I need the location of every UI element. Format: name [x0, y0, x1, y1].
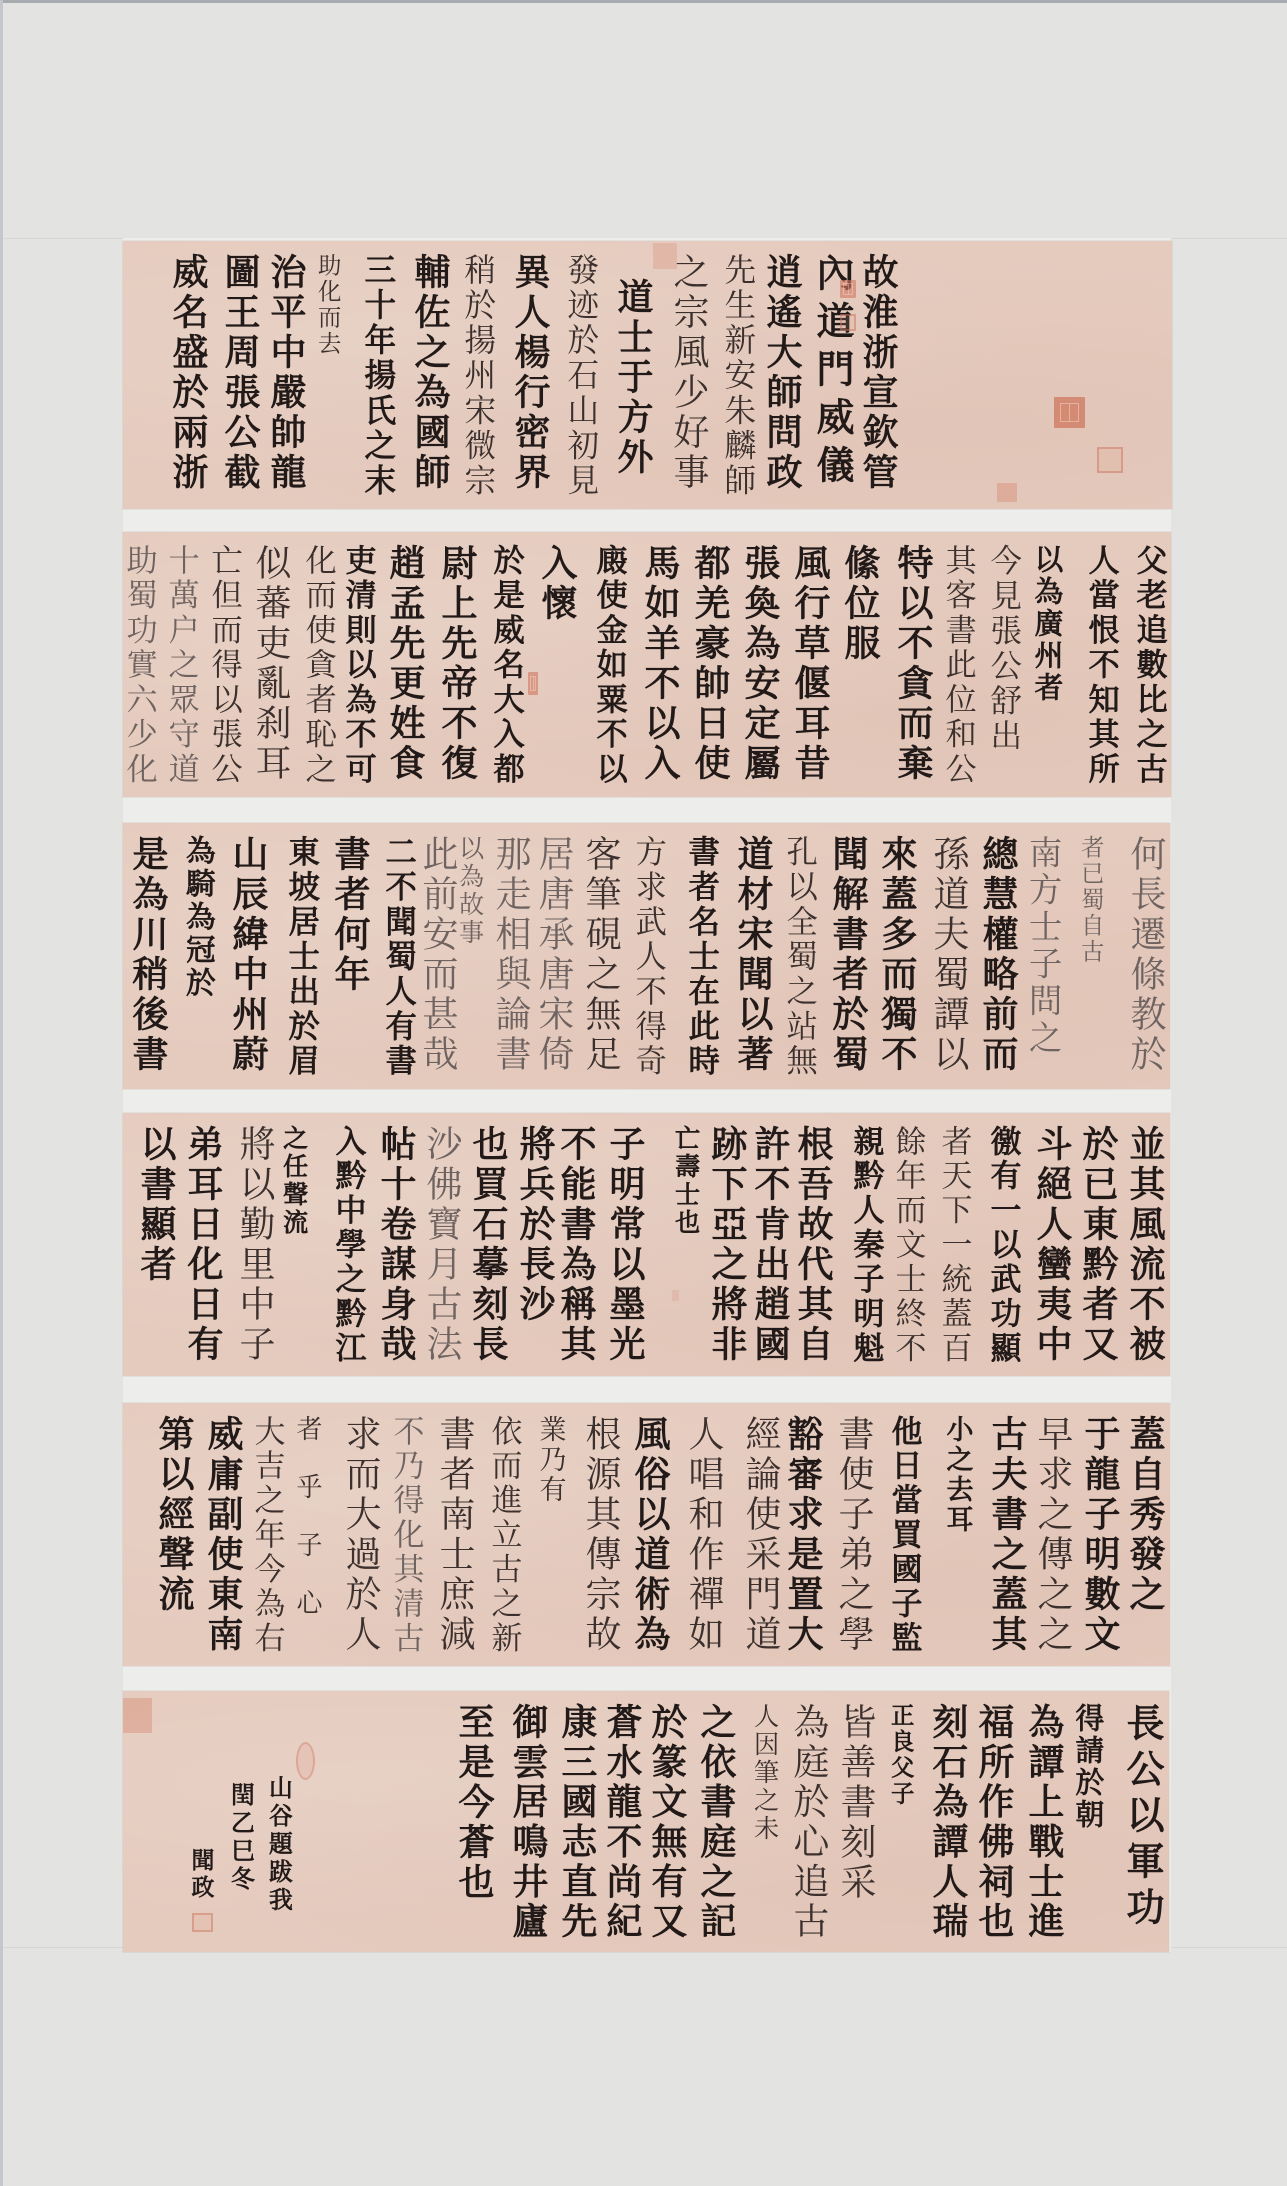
text-column: 以為廣州者 — [1033, 544, 1062, 704]
text-column: 先生新安朱麟師 — [721, 253, 753, 499]
text-column: 輔佐之為國師 — [412, 253, 448, 493]
text-column: 威庸副使東南 — [205, 1415, 241, 1655]
text-column: 蓋自秀發之 — [1127, 1415, 1163, 1615]
seal-stamp — [123, 1698, 152, 1733]
text-column: 於篆文無有又 — [648, 1703, 684, 1942]
text-column: 逍遙大師問政 — [764, 253, 800, 493]
seal-stamp-oval — [296, 1742, 315, 1780]
text-column: 化而使貪者恥之 — [301, 544, 332, 787]
text-column: 道士于方外 — [615, 278, 651, 478]
text-column: 書者南士庶減 — [436, 1415, 472, 1655]
text-column: 發迹於石山初見 — [564, 253, 596, 499]
text-column: 于龍子明數文 — [1082, 1415, 1118, 1655]
text-column: 特以不貪而棄 — [895, 544, 931, 784]
text-column: 於是威名大入都 — [489, 544, 520, 787]
calligraphy-panel-5: 蓋自秀發之于龍子明數文早求之傳之之古夫書之蓋其小之去耳他日當買國子監書使子弟之學… — [123, 1403, 1170, 1666]
text-column: 於已東黔者又 — [1080, 1125, 1116, 1365]
text-column: 小之去耳 — [944, 1415, 971, 1535]
text-column: 正良父子 — [888, 1703, 911, 1807]
text-column: 斗絕人蠻夷中 — [1034, 1125, 1070, 1365]
text-column: 十萬户之眾守道 — [164, 544, 195, 787]
calligraphy-panel-3: 何長遷條教於者已蜀自古南方士子問之總慧權略前而孫道夫蜀譚以來蓋多而獨不聞解書者於… — [123, 823, 1170, 1089]
left-edge-strip — [0, 0, 3, 2186]
text-column: 客筆硯之無足 — [582, 835, 618, 1075]
text-column: 今見張公舒出 — [987, 544, 1019, 754]
text-column: 徼有一以武功顯 — [987, 1125, 1018, 1366]
signature-column: 山谷題跋我 — [266, 1775, 290, 1915]
text-column: 趙孟先更姓食 — [387, 544, 423, 784]
signature-column: 聞政 — [189, 1848, 212, 1902]
text-column: 此前安而甚哉 — [419, 835, 455, 1075]
text-column: 何長遷條教於 — [1127, 835, 1163, 1075]
text-column: 是為川稍後書 — [130, 835, 166, 1075]
text-column: 似蕃吏亂刹耳 — [252, 544, 288, 784]
text-column: 亡壽士也 — [673, 1125, 698, 1237]
text-column: 張奐為安定屬 — [742, 544, 778, 784]
seal-stamp — [1054, 397, 1085, 428]
text-column: 蒼水龍不尚紀 — [603, 1703, 639, 1942]
text-column: 三十年揚氏之末 — [362, 253, 394, 499]
text-column: 大吉之年今為右 — [251, 1415, 282, 1656]
text-column: 依而進立古之新 — [488, 1415, 519, 1656]
text-column: 廄使金如粟不以 — [592, 544, 623, 787]
text-column: 第以經聲流 — [156, 1415, 192, 1615]
text-column: 南方士子問之 — [1026, 835, 1059, 1057]
text-column: 者天下一統蓋百 — [938, 1125, 969, 1366]
text-column: 孔以全蜀之站無 — [782, 835, 813, 1079]
text-column: 尉上先帝不復 — [439, 544, 475, 784]
text-column: 馬如羊不以入 — [642, 544, 678, 784]
text-column: 絛位服 — [842, 544, 878, 664]
text-column: 皆善書刻采 — [837, 1703, 873, 1903]
text-column: 長公以軍功 — [1123, 1703, 1161, 1933]
seal-stamp — [192, 1913, 213, 1932]
signature-column: 閏乙巳冬 — [228, 1782, 252, 1894]
calligraphy-panel-1: 故淮浙宣欽管內道門威儀逍遙大師問政先生新安朱麟師之宗風少好事道士于方外發迹於石山… — [123, 241, 1172, 509]
calligraphy-panel-6: 長公以軍功得請於朝為譚上戰士進福所作佛祠也刻石為譚人瑞正良父子皆善書刻采為庭於心… — [123, 1691, 1169, 1952]
text-column: 來蓋多而獨不 — [879, 835, 915, 1075]
text-column: 亡但而得以張公 — [207, 544, 238, 787]
calligraphy-panel-4: 並其風流不被於已東黔者又斗絕人蠻夷中徼有一以武功顯者天下一統蓋百餘年而文士終不親… — [123, 1113, 1170, 1376]
text-column: 根源其傳宗故 — [582, 1415, 618, 1655]
seal-stamp — [672, 1290, 679, 1301]
text-column: 將以勤里中子 — [236, 1125, 272, 1365]
text-column: 助蜀功實六少化 — [123, 544, 154, 787]
seal-stamp — [653, 243, 677, 269]
text-column: 為譚上戰士進 — [1025, 1703, 1061, 1942]
seal-stamp — [840, 314, 856, 331]
text-column: 異人楊行密界 — [512, 253, 548, 493]
text-column: 並其風流不被 — [1127, 1125, 1163, 1365]
text-column: 為庭於心追古 — [790, 1703, 826, 1942]
text-column: 康三國志直先 — [558, 1703, 594, 1942]
text-column: 總慧權略前而 — [980, 835, 1016, 1075]
text-column: 刻石為譚人瑞 — [929, 1703, 965, 1942]
text-column: 古夫書之蓋其 — [989, 1415, 1025, 1655]
text-column: 早求之傳之之 — [1034, 1415, 1070, 1655]
calligraphy-panel-stack: 故淮浙宣欽管內道門威儀逍遙大師問政先生新安朱麟師之宗風少好事道士于方外發迹於石山… — [0, 0, 1287, 2186]
text-column: 風行草偃耳昔 — [792, 544, 828, 784]
text-column: 聞解書者於蜀 — [830, 835, 866, 1075]
text-column: 他日當買國子監 — [888, 1415, 919, 1656]
seal-stamp — [528, 672, 538, 695]
text-column: 之任聲流 — [281, 1125, 306, 1237]
text-column: 書者何年 — [332, 835, 368, 995]
text-column: 求而大過於人 — [342, 1415, 378, 1655]
text-column: 豁審求是置大 — [785, 1415, 821, 1655]
text-column: 風俗以道術為 — [632, 1415, 668, 1655]
text-column: 故淮浙宣欽管 — [860, 253, 896, 493]
text-column: 業乃有 — [537, 1415, 564, 1505]
text-column: 不能書為稱其 — [558, 1125, 594, 1365]
text-column: 以為故事 — [457, 835, 482, 947]
text-column: 孫道夫蜀譚以 — [930, 835, 966, 1075]
text-column: 者乎子心 — [294, 1415, 320, 1647]
text-column: 方求武人不得奇 — [631, 835, 662, 1079]
mounted-calligraphy-scroll: 故淮浙宣欽管內道門威儀逍遙大師問政先生新安朱麟師之宗風少好事道士于方外發迹於石山… — [0, 0, 1287, 2186]
text-column: 以書顯者 — [138, 1125, 174, 1285]
text-column: 都羌豪帥日使 — [692, 544, 728, 784]
text-column: 入黔中學之黔江 — [332, 1125, 363, 1366]
top-edge-strip — [0, 0, 1287, 3]
text-column: 至是今蒼也 — [456, 1703, 492, 1903]
text-column: 之宗風少好事 — [670, 253, 706, 493]
text-column: 根吾故代其自 — [795, 1125, 831, 1365]
text-column: 得請於朝 — [1074, 1703, 1103, 1831]
text-column: 東坡居士出於眉 — [284, 835, 315, 1079]
text-column: 治平中嚴帥龍 — [268, 253, 304, 493]
seal-stamp — [840, 280, 856, 298]
text-column: 父老追數比之古 — [1132, 544, 1163, 787]
text-column: 親黔人秦子明魁 — [850, 1125, 881, 1366]
text-column: 餘年而文士終不 — [892, 1125, 923, 1366]
text-column: 御雲居鳴井廬 — [509, 1703, 545, 1942]
text-column: 之依書庭之記 — [697, 1703, 733, 1942]
text-column: 山辰緯中州蔚 — [230, 835, 266, 1075]
text-column: 道材宋聞以著 — [735, 835, 771, 1075]
text-column: 威名盛於兩浙 — [170, 253, 206, 493]
text-column: 助化而去 — [315, 253, 338, 357]
text-column: 子明常以墨光 — [607, 1125, 643, 1365]
text-column: 許不肯出趙國 — [752, 1125, 788, 1365]
text-column: 者已蜀自古 — [1078, 835, 1101, 965]
calligraphy-panel-2: 父老追數比之古人當恨不知其所以為廣州者今見張公舒出其客書此位和公特以不貪而棄絛位… — [123, 532, 1171, 797]
text-column: 圖王周張公截 — [222, 253, 258, 493]
text-column: 弟耳日化日有 — [185, 1125, 221, 1365]
text-column: 不乃得化其清古 — [390, 1415, 421, 1656]
text-column: 居唐承唐宋倚 — [535, 835, 571, 1075]
text-column: 人唱和作禪如 — [685, 1415, 721, 1655]
text-column: 跡下亞之將非 — [709, 1125, 745, 1365]
text-column: 經論使采門道 — [742, 1415, 778, 1655]
text-column: 其客書此位和公 — [941, 544, 972, 787]
text-column: 書者名士在此時 — [684, 835, 715, 1079]
text-column: 稍於揚州宋微宗 — [461, 253, 493, 499]
text-column: 將兵於長沙 — [517, 1125, 553, 1325]
text-column: 二不聞蜀人有書 — [381, 835, 412, 1079]
seal-stamp — [997, 483, 1017, 502]
text-column: 帖十卷謀身哉 — [378, 1125, 414, 1365]
text-column: 為騎為冠於 — [183, 835, 213, 1000]
text-column: 福所作佛祠也 — [975, 1703, 1011, 1942]
text-column: 人當恨不知其所 — [1084, 544, 1115, 787]
text-column: 書使子弟之學 — [835, 1415, 871, 1655]
text-column: 吏清則以為不可 — [341, 544, 372, 787]
text-column: 那走相與論書 — [492, 835, 528, 1075]
text-column: 人因筆之未 — [752, 1703, 777, 1843]
text-column: 沙佛寶月古法 — [423, 1125, 459, 1365]
text-column: 入懷 — [539, 544, 575, 624]
seal-stamp — [1097, 447, 1123, 473]
text-column: 也買石摹刻長 — [470, 1125, 506, 1365]
